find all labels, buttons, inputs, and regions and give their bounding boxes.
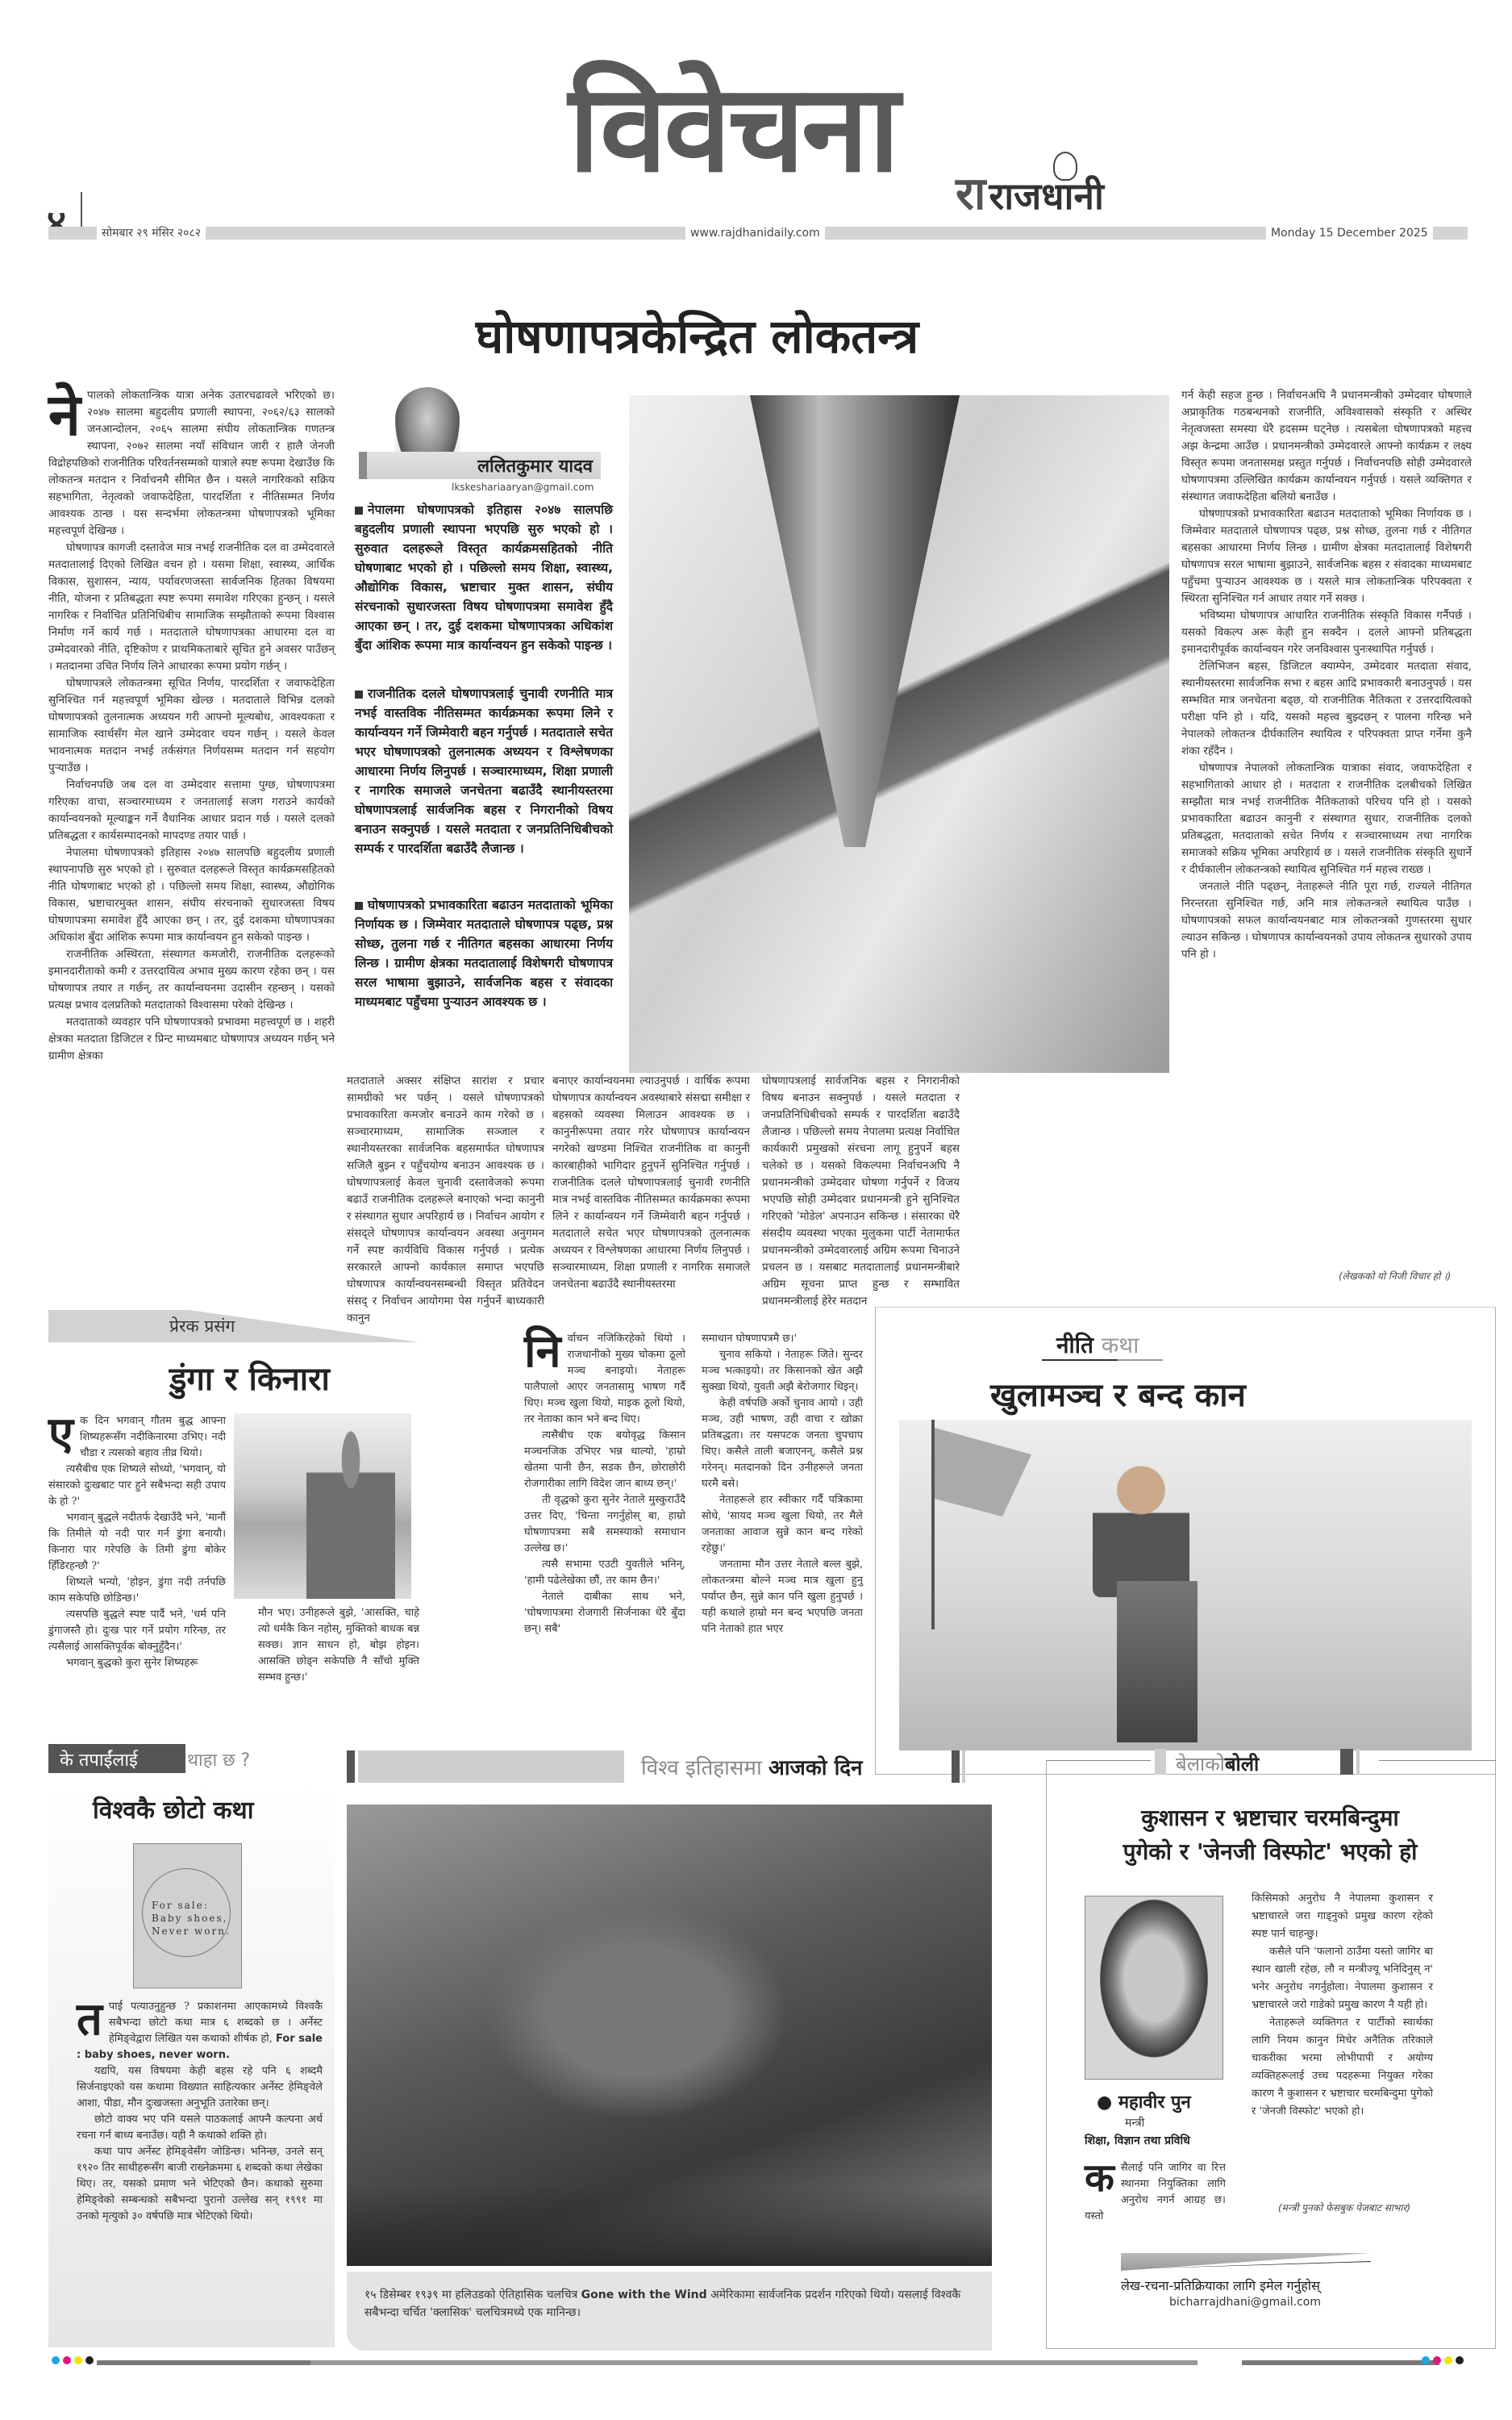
section-bar — [1155, 1749, 1166, 1775]
author-disclaimer: (लेखकको यो निजी विचार हो ।) — [1339, 1269, 1451, 1283]
name-text: महावीर पुन — [1118, 2092, 1191, 2113]
caption-text: १५ डिसेम्बर १९३९ मा हलिउडको ऐतिहासिक चलच… — [364, 2289, 577, 2301]
section-label-rest: थाहा छ ? — [187, 1747, 250, 1771]
lead-paragraph: पालको लोकतान्त्रिक यात्रा अनेक उतारचढावल… — [48, 387, 335, 540]
article-column-3: बनाएर कार्यान्वयनमा ल्याउनुपर्छ । वार्षि… — [552, 1073, 750, 1293]
cyan-dot — [1422, 2356, 1430, 2364]
paragraph: मतदाताको व्यवहार पनि घोषणापत्रको प्रभावम… — [48, 1014, 335, 1065]
paragraph: शिष्यले भन्यो, 'होइन, डुंगा नदी तर्नपछि … — [48, 1575, 226, 1607]
divider — [1379, 1760, 1496, 1761]
footer-bar — [97, 2360, 310, 2365]
label-bold: नीति — [1056, 1332, 1093, 1358]
flagpole — [931, 1420, 935, 1629]
label-bold: आजको दिन — [768, 1756, 863, 1780]
paragraph: भगवान् बुद्धको कुरा सुनेर शिष्यहरू — [48, 1655, 226, 1671]
clipping-line: Never worn. — [152, 1925, 231, 1938]
author-name: ललितकुमार यादव — [477, 453, 593, 478]
paragraph: जनताले नीति पढ्छन्, नेताहरूले नीति पूरा … — [1181, 878, 1472, 963]
section-label-history: विश्व इतिहासमा आजको दिन — [641, 1752, 863, 1781]
black-dot — [1456, 2356, 1464, 2364]
section-bar — [952, 1750, 960, 1783]
paragraph: समाधान घोषणापत्रमै छ।' — [702, 1331, 863, 1347]
paragraph: त्यसपछि बुद्धले स्पष्ट पार्दै भने, 'धर्म… — [48, 1607, 226, 1655]
paragraph: कथा पाप अर्नेस्ट हेमिङ्वेसँग जोडिन्छ। भन… — [77, 2144, 323, 2225]
quote-lead: क सैलाई पनि जागिर वा रित्त स्थानमा नियुक… — [1085, 2160, 1226, 2225]
dropcap: क — [1085, 2162, 1114, 2194]
section-bar — [347, 1750, 355, 1783]
brand-name: राजधानी — [989, 174, 1104, 218]
paragraph: ती वृद्धको कुरा सुनेर नेताले मुस्कुराउँद… — [524, 1492, 685, 1557]
label-grey: विश्व इतिहासमा — [641, 1756, 762, 1780]
paragraph: घोषणापत्रको प्रभावकारिता बढाउन मतदाताको … — [1181, 506, 1472, 607]
paragraph: किसिमको अनुरोध नै नेपालमा कुशासन र भ्रष्… — [1252, 1890, 1433, 1943]
website-link[interactable]: www.rajdhanidaily.com — [685, 224, 825, 242]
politician-speech-illustration — [899, 1420, 1472, 1750]
clipping-line: For sale: — [152, 1899, 231, 1912]
paragraph: केही वर्षपछि अर्को चुनाव आयो । उही मञ्च,… — [702, 1396, 863, 1492]
clipping-line: Baby shoes, — [152, 1912, 231, 1925]
pullquote: घोषणापत्रको प्रभावकारिता बढाउन मतदाताको … — [355, 895, 613, 1012]
byline-band: ललितकुमार यादव — [359, 452, 601, 479]
short-story-text: त पाई पत्याउनुहुन्छ ? प्रकाशनमा आएकामध्य… — [77, 1999, 323, 2225]
section-label-bela: बेलाकोबोली — [1176, 1750, 1259, 1777]
footer-bar — [310, 2360, 1198, 2365]
niti-story-column-1: नि र्वाचन नजिकिरहेको थियो । राजधानीको मु… — [524, 1331, 685, 1638]
article-column-2: मतदाताले अक्सर संक्षिप्त सारांश र प्रचार… — [347, 1073, 544, 1327]
paragraph: नेताले दाबीका साथ भने, 'घोषणापत्रमा रोजग… — [524, 1589, 685, 1638]
paragraph: जनतामा मौन उत्तर नेताले बल्ल बुझे, लोकतन… — [702, 1557, 863, 1638]
lead-paragraph: क दिन भगवान् गौतम बुद्ध आफ्ना शिष्यहरूसँ… — [48, 1413, 226, 1462]
brand-mark: रा — [956, 168, 985, 220]
paragraph: घोषणापत्रले लोकतन्त्रमा सूचित निर्णय, पा… — [48, 675, 335, 777]
paragraph: कसैले पनि 'फलानो ठाउँमा यस्तो जागिर बा स… — [1252, 1943, 1433, 2014]
section-bar — [1356, 1749, 1360, 1775]
paragraph: निर्वाचनपछि जब दल वा उम्मेदवार सत्तामा प… — [48, 777, 335, 845]
label-bold: बोली — [1225, 1753, 1259, 1775]
headline-line: कुशासन र भ्रष्टाचार चरमबिन्दुमा — [1056, 1801, 1484, 1835]
story-title: डुंगा र किनारा — [169, 1355, 330, 1400]
dropcap: ने — [48, 389, 81, 440]
niti-story-column-2: समाधान घोषणापत्रमै छ।' चुनाव सकियो । नेत… — [702, 1331, 863, 1638]
minister-name: ● महावीर पुन — [1097, 2089, 1191, 2113]
history-caption: १५ डिसेम्बर १९३९ मा हलिउडको ऐतिहासिक चलच… — [364, 2286, 977, 2322]
source-note: (मन्त्री पुनको फेसबुक पेजबाट साभार) — [1278, 2201, 1410, 2214]
history-caption-box: १५ डिसेम्बर १९३९ मा हलिउडको ऐतिहासिक चलच… — [347, 2272, 992, 2351]
contact-email-link[interactable]: bicharrajdhani@gmail.com — [1169, 2296, 1321, 2309]
paragraph: टेलिभिजन बहस, डिजिटल क्याम्पेन, उम्मेदवा… — [1181, 658, 1472, 760]
paragraph: राजनीतिक अस्थिरता, संस्थागत कमजोरी, राजन… — [48, 946, 335, 1014]
date-nepali: सोमबार २९ मंसिर २०८२ — [97, 224, 206, 242]
article-column-5: गर्न केही सहज हुन्छ । निर्वाचनअघि नै प्र… — [1181, 387, 1472, 963]
black-dot — [85, 2356, 94, 2364]
pullquote-text: नेपालमा घोषणापत्रको इतिहास २०४७ सालपछि ब… — [355, 503, 613, 653]
pullquote: राजनीतिक दलले घोषणापत्रलाई चुनावी रणनीति… — [355, 684, 613, 858]
flag-icon — [935, 1428, 1031, 1517]
bullet-square-icon — [355, 902, 363, 910]
section-tab-did-you-know: के तपाईंलाई — [48, 1744, 185, 1773]
minister-photo — [1085, 1896, 1223, 2080]
label-grey: बेलाको — [1176, 1753, 1225, 1775]
paragraph: गर्न केही सहज हुन्छ । निर्वाचनअघि नै प्र… — [1181, 387, 1472, 506]
paragraph: त्यसै सभामा एउटी युवतीले भनिन्, 'हामी पढ… — [524, 1557, 685, 1589]
magenta-dot — [63, 2356, 71, 2364]
quote-body: किसिमको अनुरोध नै नेपालमा कुशासन र भ्रष्… — [1252, 1890, 1433, 2121]
quote-headline: कुशासन र भ्रष्टाचार चरमबिन्दुमा पुगेको र… — [1056, 1801, 1484, 1869]
date-english: Monday 15 December 2025 — [1266, 224, 1433, 242]
paragraph: त्यसैबीच एक बयोवृद्ध किसान मञ्चनजिक उभिए… — [524, 1428, 685, 1492]
pullquote-text: घोषणापत्रको प्रभावकारिता बढाउन मतदाताको … — [355, 898, 613, 1009]
buddha-illustration — [234, 1413, 411, 1599]
article-column-4: घोषणापत्रलाई सार्वजनिक बहस र निगरानीको व… — [762, 1073, 960, 1310]
divider — [1046, 1760, 1151, 1761]
paragraph: यद्यपि, यस विषयमा केही बहस रहे पनि ६ शब्… — [77, 2063, 323, 2112]
paragraph: त्यसैबीच एक शिष्यले सोध्यो, 'भगवान्, यो … — [48, 1462, 226, 1510]
niti-story-title: खुलामञ्च र बन्द कान — [990, 1371, 1246, 1416]
short-story-title: विश्वकै छोटो कथा — [93, 1792, 253, 1825]
paragraph: छोटो वाक्य भए पनि यसले पाठकलाई आफ्नै कल्… — [77, 2112, 323, 2144]
article-headline: घोषणापत्रकेन्द्रित लोकतन्त्र — [476, 302, 918, 366]
paragraph: चुनाव सकियो । नेताहरू जिते। सुन्दर मञ्च … — [702, 1347, 863, 1396]
speaker-figure — [1093, 1460, 1189, 1597]
dropcap: त — [77, 2001, 102, 2039]
paragraph: भगवान् बुद्धले नदीतर्फ देखाउँदै भने, 'मा… — [48, 1510, 226, 1575]
paragraph: घोषणापत्र कागजी दस्तावेज मात्र नभई राजनी… — [48, 540, 335, 675]
cyan-dot — [52, 2356, 60, 2364]
yellow-dot — [74, 2356, 82, 2364]
dateline-bar: सोमबार २९ मंसिर २०८२ www.rajdhanidaily.c… — [48, 227, 1468, 240]
label-underline — [1118, 1359, 1163, 1361]
yellow-dot — [1444, 2356, 1452, 2364]
headline-line: पुगेको र 'जेनजी विस्फोट' भएको हो — [1056, 1835, 1484, 1869]
paragraph: नेताहरूले हार स्वीकार गर्दै पत्रिकामा सो… — [702, 1492, 863, 1557]
section-label: प्रेरक प्रसंग — [169, 1315, 235, 1337]
label-underline — [1042, 1359, 1118, 1361]
bullet-square-icon — [355, 507, 363, 515]
minister-role: मन्त्री — [1125, 2115, 1144, 2130]
newspaper-brand: राराजधानी — [956, 161, 1104, 223]
story-text-continued: मौन भए। उनीहरूले बुझे, 'आसक्ति, चाहे त्य… — [258, 1605, 419, 1686]
section-bar — [1340, 1749, 1353, 1775]
section-bar — [358, 1750, 624, 1783]
fountain-pen-illustration — [629, 395, 1169, 1073]
clipping-text: For sale: Baby shoes, Never worn. — [152, 1899, 231, 1938]
dropcap: ए — [48, 1415, 73, 1454]
byline-accent — [359, 452, 367, 479]
paragraph: नेताहरूले व्यक्तिगत र पार्टीको स्वार्थका… — [1252, 2014, 1433, 2121]
cmyk-marks-left — [52, 2356, 94, 2364]
gone-with-the-wind-poster — [347, 1805, 992, 2266]
podium — [1117, 1581, 1198, 1742]
bullet-square-icon — [355, 691, 363, 699]
story-text: ए क दिन भगवान् गौतम बुद्ध आफ्ना शिष्यहरू… — [48, 1413, 226, 1671]
magenta-dot — [1433, 2356, 1441, 2364]
niti-katha-label: नीति कथा — [1056, 1329, 1139, 1360]
paragraph: घोषणापत्र नेपालको लोकतान्त्रिक यात्राका … — [1181, 760, 1472, 878]
footer-bar — [1242, 2360, 1439, 2365]
author-email[interactable]: lkskeshariaaryan@gmail.com — [452, 482, 594, 493]
contact-label: लेख-रचना-प्रतिक्रियाका लागि इमेल गर्नुहो… — [1121, 2276, 1320, 2294]
ministry-name: शिक्षा, विज्ञान तथा प्रविधि — [1085, 2133, 1190, 2148]
pullquote-text: राजनीतिक दलले घोषणापत्रलाई चुनावी रणनीति… — [355, 686, 613, 856]
article-column-1: ने पालको लोकतान्त्रिक यात्रा अनेक उतारचढ… — [48, 387, 335, 1065]
section-label: के तपाईंलाई — [60, 1747, 138, 1771]
section-title: विवेचना — [569, 69, 897, 190]
label-grey: कथा — [1102, 1332, 1139, 1358]
baby-shoes-clipping: For sale: Baby shoes, Never worn. — [133, 1843, 242, 1988]
paragraph: नेपालमा घोषणापत्रको इतिहास २०४७ सालपछि ब… — [48, 845, 335, 946]
cmyk-marks-right — [1422, 2356, 1464, 2364]
section-bar — [962, 1750, 965, 1783]
film-title: Gone with the Wind — [581, 2289, 707, 2301]
dropcap: नि — [524, 1333, 561, 1371]
page-number: ४ — [47, 198, 66, 248]
paragraph: भविष्यमा घोषणापत्र आधारित राजनीतिक संस्क… — [1181, 607, 1472, 658]
pullquote: नेपालमा घोषणापत्रको इतिहास २०४७ सालपछि ब… — [355, 500, 613, 655]
